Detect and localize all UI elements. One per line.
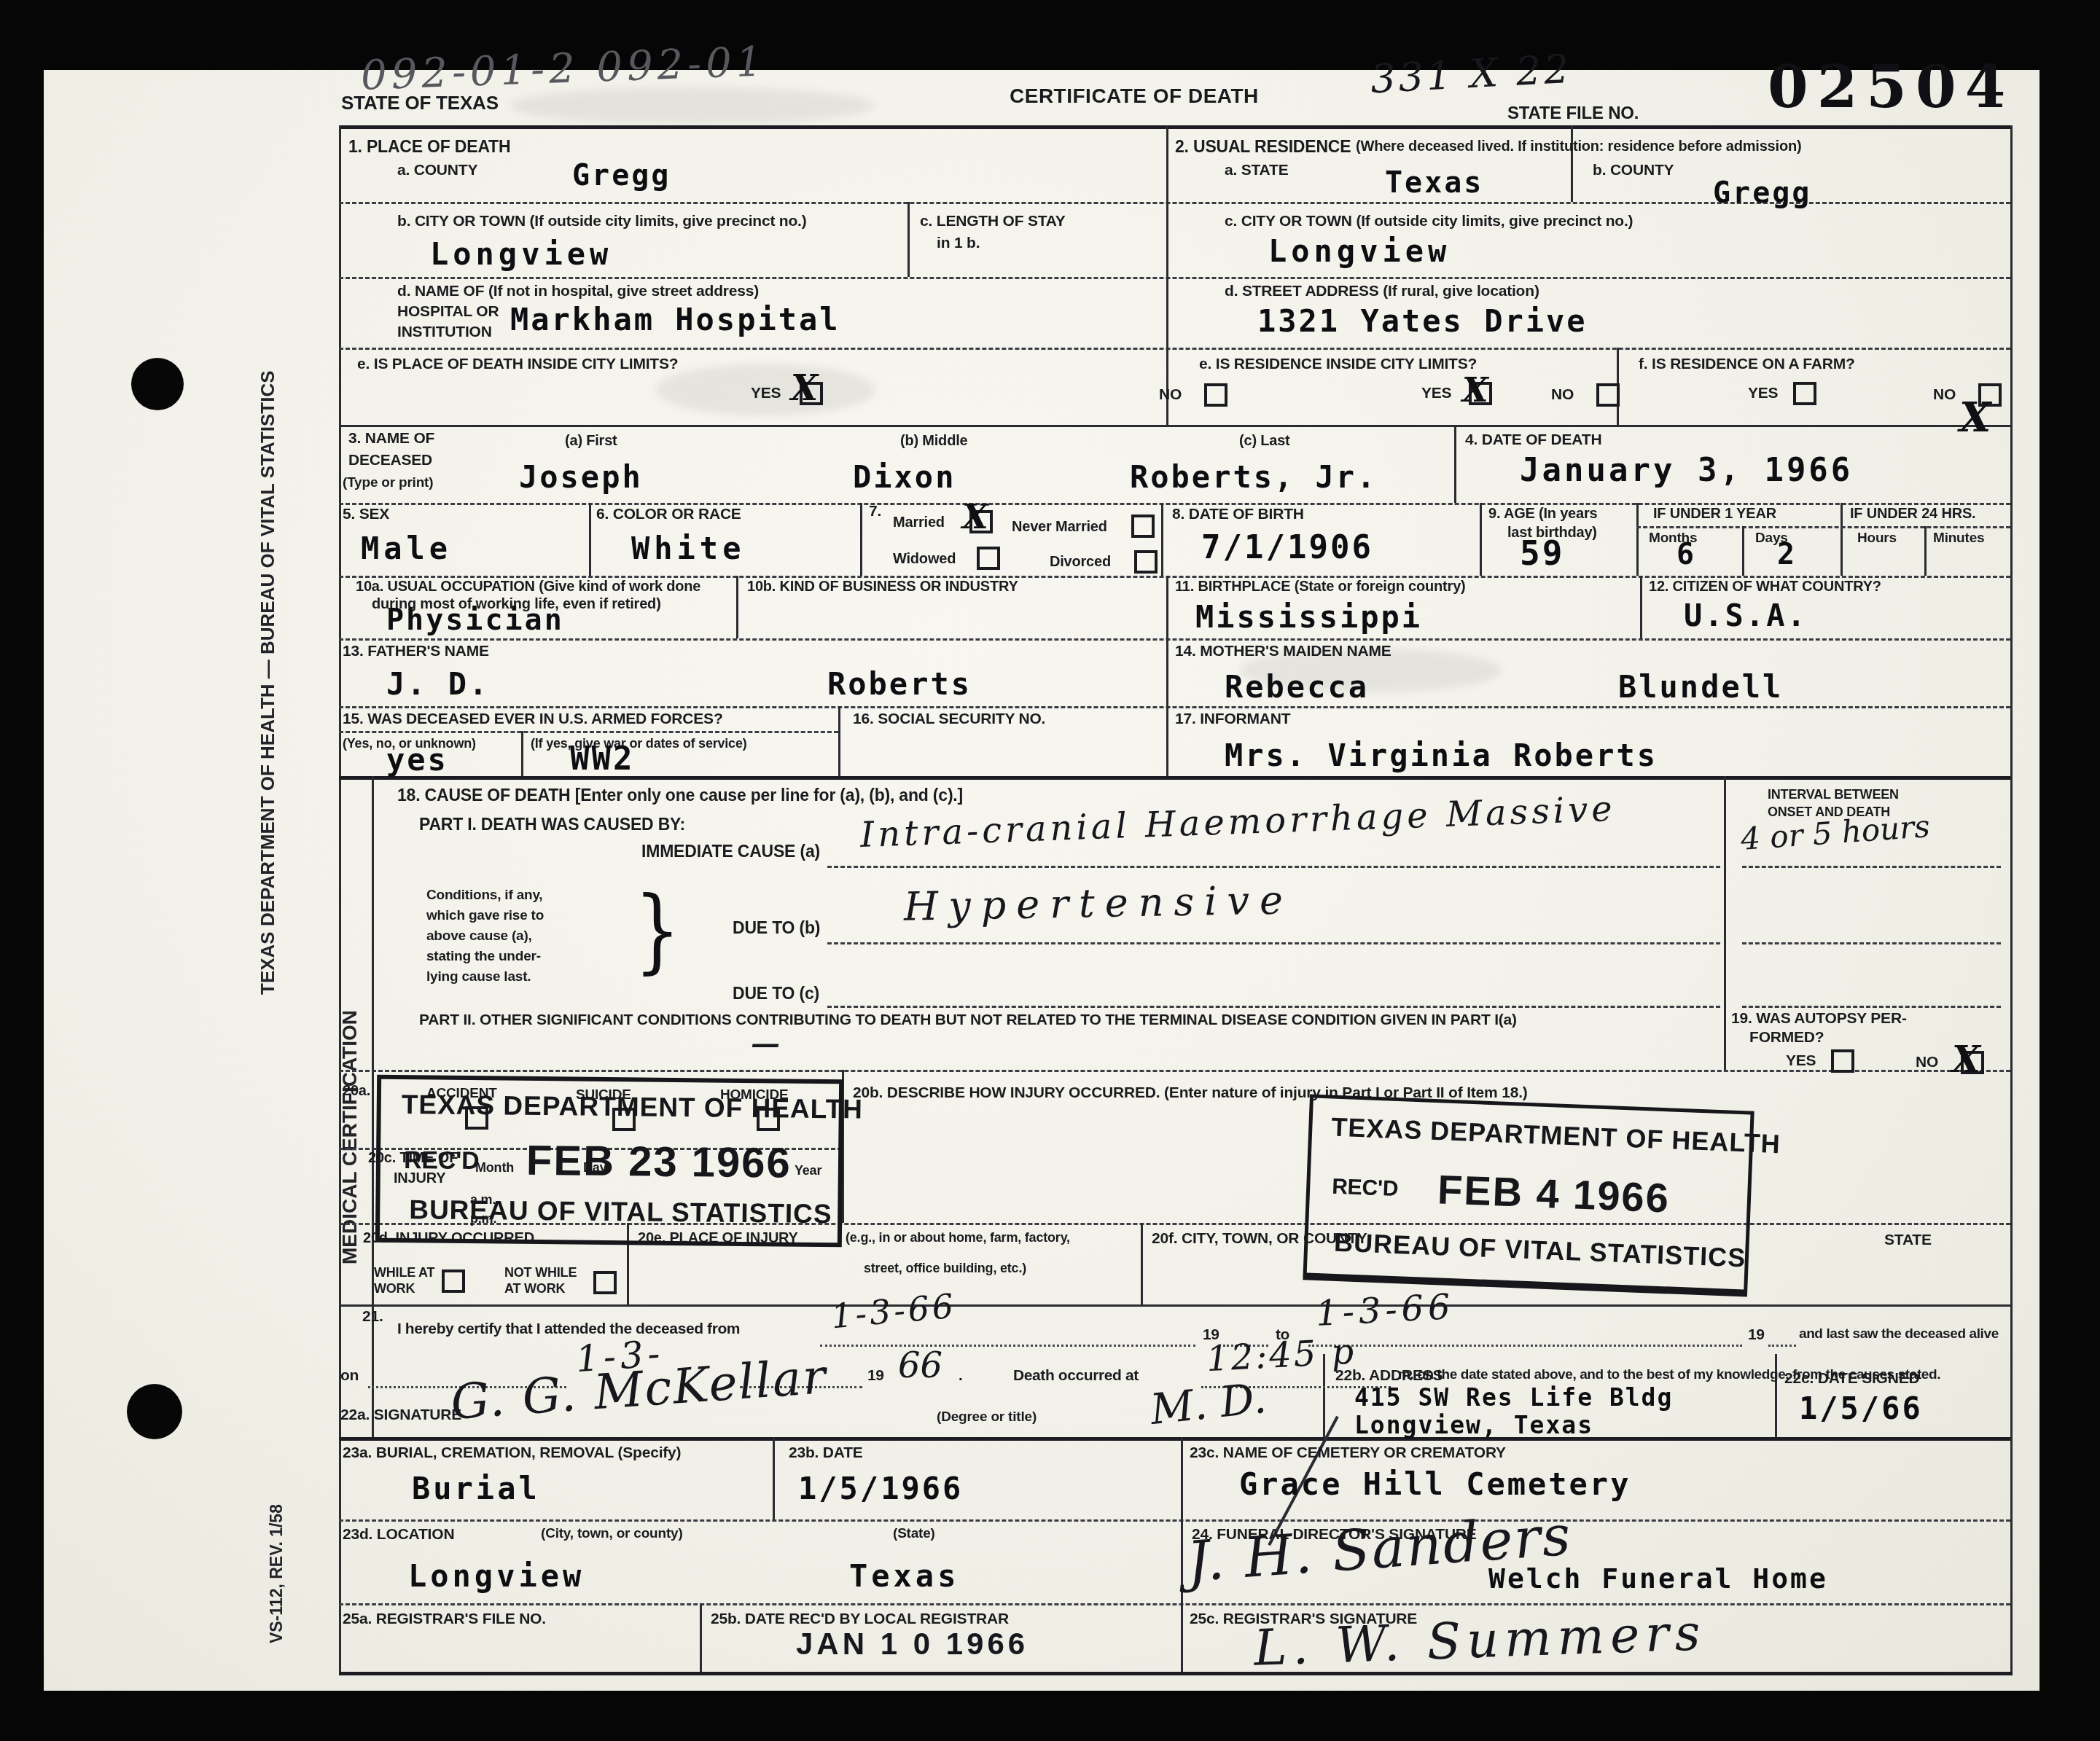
field-2e-label: e. IS RESIDENCE INSIDE CITY LIMITS?	[1199, 356, 1477, 373]
rule-cause-a	[827, 866, 1720, 868]
field-15-value1: yes	[386, 742, 448, 778]
field-19-label2: FORMED?	[1749, 1029, 1824, 1046]
stamp1-line1: TEXAS DEPARTMENT OF HEALTH	[402, 1089, 863, 1125]
divider	[1181, 1437, 1183, 1672]
divider	[1480, 503, 1482, 576]
registrar-date-stamp: JAN 1 0 1966	[796, 1627, 1028, 1662]
divider	[860, 503, 862, 576]
field-25b-label: 25b. DATE REC'D BY LOCAL REGISTRAR	[711, 1611, 1009, 1628]
field-1d-label: d. NAME OF (If not in hospital, give str…	[397, 283, 759, 300]
checkbox-2e-no	[1596, 383, 1620, 407]
divider	[1742, 526, 1744, 576]
field-3-first-value: Joseph	[519, 459, 643, 495]
field-2c-label: c. CITY OR TOWN (If outside city limits,…	[1225, 213, 1633, 230]
field-10b-label: 10b. KIND OF BUSINESS OR INDUSTRY	[747, 579, 1018, 595]
field-20d-nwaw2: AT WORK	[504, 1281, 565, 1296]
certify-period: .	[959, 1367, 962, 1385]
rule	[339, 425, 2010, 427]
medical-block-border	[372, 776, 374, 1437]
field-1-title: 1. PLACE OF DEATH	[348, 137, 510, 157]
divider	[1166, 576, 1168, 776]
scanned-death-certificate: TEXAS DEPARTMENT OF HEALTH — BUREAU OF V…	[0, 0, 2100, 1741]
field-6-value: White	[631, 531, 745, 566]
field-18-part1: PART I. DEATH WAS CAUSED BY:	[419, 815, 685, 834]
rule	[339, 348, 2010, 350]
field-3-middle-label: (b) Middle	[900, 433, 967, 450]
field-15-value2: WW2	[570, 740, 634, 778]
checkbox-7-widowed	[977, 547, 1000, 570]
divider	[1636, 503, 1639, 576]
field-1b-value: Longview	[430, 236, 612, 272]
field-1c-label2: in 1 b.	[937, 235, 980, 252]
rule	[339, 1070, 2010, 1072]
field-19-yes-label: YES	[1786, 1052, 1816, 1070]
field-9-days-value: 2	[1777, 538, 1797, 571]
divider	[1924, 526, 1927, 576]
field-18-title: 18. CAUSE OF DEATH [Enter only one cause…	[397, 786, 963, 805]
field-13-value1: J. D.	[386, 666, 489, 702]
rule-cause-b	[827, 942, 1720, 944]
divider	[736, 576, 738, 638]
field-17-value: Mrs. Virginia Roberts	[1225, 738, 1658, 773]
field-18-part2: PART II. OTHER SIGNIFICANT CONDITIONS CO…	[419, 1012, 1517, 1029]
field-2d-label: d. STREET ADDRESS (If rural, give locati…	[1225, 283, 1539, 300]
rule	[339, 1603, 2010, 1605]
field-11-value: Mississippi	[1195, 599, 1422, 635]
rule	[1742, 866, 2001, 868]
divider	[838, 706, 840, 776]
rule	[339, 731, 838, 733]
field-3-last-value: Roberts, Jr.	[1130, 459, 1377, 495]
certify-to-handwritten: 1-3-66	[1315, 1286, 1456, 1334]
certify-yr2b-label: 19	[867, 1367, 884, 1385]
rule	[1768, 1345, 1796, 1347]
field-23d-paren1: (City, town, or county)	[541, 1526, 683, 1542]
checkbox-7-divorced	[1134, 550, 1158, 574]
field-2-title-paren: (Where deceased lived. If institution: r…	[1356, 138, 1801, 155]
received-stamp-feb23: TEXAS DEPARTMENT OF HEALTH REC'D FEB 23 …	[375, 1075, 843, 1248]
field-6-label: 6. COLOR OR RACE	[596, 506, 741, 523]
checkbox-20d-while-at-work	[442, 1269, 465, 1293]
stamp2-line3: BUREAU OF VITAL STATISTICS	[1334, 1227, 1747, 1274]
field-1d-label3: INSTITUTION	[397, 324, 492, 341]
rule	[339, 1304, 2010, 1307]
certify-death-at-label: Death occurred at	[1013, 1367, 1139, 1385]
rule	[1742, 1006, 2001, 1008]
field-2e-no-label: NO	[1551, 386, 1574, 404]
divider	[1841, 503, 1843, 576]
field-7-married-label: Married	[893, 515, 945, 531]
field-20e-paren2: street, office building, etc.)	[864, 1261, 1026, 1276]
checkmark-2f-no: X	[1959, 394, 1991, 442]
divider	[773, 1437, 775, 1519]
stamp2-line1: TEXAS DEPARTMENT OF HEALTH	[1331, 1112, 1781, 1160]
certify-line1a: I hereby certify that I attended the dec…	[397, 1321, 740, 1338]
certify-on-label: on	[340, 1367, 359, 1385]
certify-line1b: and last saw the deceased alive	[1799, 1326, 1999, 1342]
checkbox-20d-not-while-at-work	[593, 1271, 617, 1294]
stamp2-date: FEB 4 1966	[1437, 1165, 1671, 1221]
field-2a-label: a. STATE	[1225, 162, 1288, 179]
field-10a-value: Physician	[386, 603, 564, 637]
field-4-label: 4. DATE OF DEATH	[1465, 431, 1601, 449]
divider	[700, 1603, 702, 1672]
field-2f-yes-label: YES	[1748, 385, 1778, 402]
field-20d-nwaw1: NOT WHILE	[504, 1265, 577, 1280]
field-20d-waw1: WHILE AT	[374, 1265, 434, 1280]
field-22a-degree-label: (Degree or title)	[937, 1409, 1037, 1425]
field-19-label1: 19. WAS AUTOPSY PER-	[1731, 1010, 1907, 1028]
field-2b-value: Gregg	[1713, 176, 1811, 210]
field-7-never-label: Never Married	[1012, 519, 1107, 536]
field-18-conditions-4: stating the under-	[426, 949, 541, 965]
field-9-label1: 9. AGE (In years	[1488, 506, 1597, 523]
field-15-sub2: (If yes, give war or dates of service)	[531, 736, 747, 751]
field-8-value: 7/1/1906	[1201, 529, 1373, 566]
field-23b-label: 23b. DATE	[789, 1444, 863, 1462]
field-4-value: January 3, 1966	[1520, 452, 1853, 489]
field-22c-label: 22c. DATE SIGNED	[1784, 1370, 1919, 1388]
rule	[339, 638, 2010, 641]
stamp2-recd: REC'D	[1332, 1175, 1399, 1202]
state-file-no-label: STATE FILE NO.	[1507, 103, 1639, 124]
field-3-title2: DECEASED	[348, 452, 432, 469]
divider	[521, 731, 523, 776]
field-17-label: 17. INFORMANT	[1175, 711, 1290, 728]
checkbox-19-yes	[1831, 1049, 1854, 1073]
field-20d-waw2: WORK	[374, 1281, 415, 1296]
field-7-divorced-label: Divorced	[1050, 554, 1111, 571]
field-16-label: 16. SOCIAL SECURITY NO.	[853, 711, 1045, 728]
field-9-value: 59	[1520, 533, 1564, 573]
divider	[907, 202, 910, 277]
field-18-conditions-1: Conditions, if any,	[426, 888, 542, 904]
field-22b-label: 22b. ADDRESS	[1335, 1367, 1443, 1385]
field-20a-num: 20a.	[343, 1083, 370, 1100]
field-23a-value: Burial	[412, 1471, 540, 1506]
field-22b-addr2: Longview, Texas	[1354, 1411, 1593, 1439]
margin-department-text: TEXAS DEPARTMENT OF HEALTH — BUREAU OF V…	[257, 339, 279, 995]
divider	[1454, 425, 1456, 503]
scan-smudge	[510, 87, 875, 124]
field-2f-label: f. IS RESIDENCE ON A FARM?	[1639, 356, 1855, 373]
field-18b-label: DUE TO (b)	[733, 918, 820, 938]
form-border-left	[339, 125, 341, 1675]
field-23a-label: 23a. BURIAL, CREMATION, REMOVAL (Specify…	[343, 1444, 681, 1462]
field-22c-value: 1/5/66	[1799, 1390, 1923, 1426]
stamp1-date: FEB 23 1966	[526, 1136, 792, 1188]
checkmark-7-married: X	[962, 497, 988, 536]
rule	[339, 576, 2010, 578]
field-3-title1: 3. NAME OF	[348, 430, 434, 447]
field-20e-paren1: (e.g., in or about home, farm, factory,	[846, 1230, 1070, 1245]
field-1e-yes-label: YES	[751, 385, 781, 402]
field-3-title3: (Type or print)	[343, 475, 433, 491]
field-9-hours-label: Hours	[1857, 531, 1897, 547]
field-2f-no-label: NO	[1933, 386, 1956, 404]
field-20f-state-label: STATE	[1884, 1232, 1932, 1249]
hole-punch-bottom	[127, 1384, 182, 1439]
field-13-value2: Roberts	[827, 666, 972, 702]
funeral-home-name: Welch Funeral Home	[1488, 1562, 1828, 1595]
field-14-label: 14. MOTHER'S MAIDEN NAME	[1175, 643, 1391, 660]
field-23d-value1: Longview	[408, 1558, 585, 1594]
certificate-title: CERTIFICATE OF DEATH	[1010, 85, 1259, 108]
divider	[1161, 503, 1163, 576]
field-13-label: 13. FATHER'S NAME	[343, 643, 489, 660]
field-18b-value-handwritten: Hypertensive	[903, 877, 1293, 929]
field-18a-label: IMMEDIATE CAUSE (a)	[641, 842, 820, 861]
state-of-texas-label: STATE OF TEXAS	[341, 92, 499, 114]
field-5-label: 5. SEX	[343, 506, 389, 523]
divider	[1571, 125, 1573, 202]
divider	[1640, 576, 1642, 638]
interval-label1: INTERVAL BETWEEN	[1768, 787, 1899, 802]
checkmark-19-no: X	[1952, 1038, 1980, 1081]
field-1a-label: a. COUNTY	[397, 162, 477, 179]
field-1c-label: c. LENGTH OF STAY	[920, 213, 1066, 230]
field-1d-value: Markham Hospital	[510, 302, 840, 337]
rule	[339, 1519, 2010, 1522]
form-border-bottom	[339, 1672, 2013, 1675]
hole-punch-top	[131, 358, 184, 410]
field-11-label: 11. BIRTHPLACE (State or foreign country…	[1175, 579, 1466, 595]
field-23c-value: Grace Hill Cemetery	[1239, 1466, 1631, 1502]
checkmark-2e-yes: X	[1462, 370, 1488, 410]
field-18-conditions-2: which gave rise to	[426, 908, 544, 924]
field-22a-label: 22a. SIGNATURE	[340, 1407, 461, 1424]
field-21-num: 21.	[362, 1308, 383, 1326]
field-23c-label: 23c. NAME OF CEMETERY OR CREMATORY	[1190, 1444, 1506, 1462]
checkmark-1e-yes: X	[791, 368, 818, 409]
certificate-number: 02504	[1768, 52, 2014, 121]
field-23d-value2: Texas	[849, 1558, 959, 1594]
rule	[820, 1345, 1195, 1347]
field-1e-label: e. IS PLACE OF DEATH INSIDE CITY LIMITS?	[357, 356, 678, 373]
rule	[1742, 942, 2001, 944]
field-8-label: 8. DATE OF BIRTH	[1172, 506, 1304, 523]
rule	[339, 706, 2010, 708]
field-7-label: 7.	[869, 503, 881, 520]
field-3-first-label: (a) First	[565, 433, 617, 450]
field-2d-value: 1321 Yates Drive	[1257, 303, 1588, 339]
field-23d-paren2: (State)	[893, 1526, 935, 1542]
field-3-last-label: (c) Last	[1239, 433, 1290, 450]
field-14-value2: Blundell	[1618, 669, 1783, 705]
rule	[1308, 1345, 1742, 1347]
certify-yr2-handwritten: 66	[898, 1345, 942, 1386]
field-2e-yes-label: YES	[1421, 385, 1451, 402]
field-23d-label: 23d. LOCATION	[343, 1526, 454, 1544]
field-1e-no-label: NO	[1159, 386, 1182, 404]
checkbox-1e-no	[1204, 383, 1227, 407]
rule	[1636, 526, 2010, 528]
conditions-brace: }	[634, 878, 681, 984]
received-stamp-feb4: TEXAS DEPARTMENT OF HEALTH REC'D FEB 4 1…	[1303, 1094, 1754, 1296]
field-9-minutes-label: Minutes	[1933, 531, 1984, 547]
field-1b-label: b. CITY OR TOWN (If outside city limits,…	[397, 213, 807, 230]
margin-form-code: VS-112, REV. 1/58	[267, 1468, 286, 1643]
form-border-top	[339, 125, 2013, 129]
field-9-months-value: 6	[1677, 538, 1696, 571]
checkbox-2f-yes	[1793, 382, 1816, 405]
certify-yr2-label: 19	[1748, 1326, 1765, 1344]
field-2c-value: Longview	[1268, 233, 1451, 269]
field-5-value: Male	[361, 531, 452, 566]
field-15-label: 15. WAS DECEASED EVER IN U.S. ARMED FORC…	[343, 711, 723, 728]
rule	[339, 277, 2010, 279]
part2-dash-mark: —	[751, 1026, 780, 1060]
stamp1-line3: BUREAU OF VITAL STATISTICS	[409, 1194, 832, 1229]
field-12-label: 12. CITIZEN OF WHAT COUNTRY?	[1649, 579, 1881, 595]
stamp1-recd: REC'D	[404, 1146, 480, 1175]
field-14-value1: Rebecca	[1225, 669, 1369, 705]
field-2a-value: Texas	[1385, 166, 1483, 200]
form-border-right	[2010, 125, 2013, 1675]
field-23b-value: 1/5/1966	[798, 1471, 963, 1506]
field-1a-value: Gregg	[572, 159, 671, 192]
field-9-under24-label: IF UNDER 24 HRS.	[1850, 506, 1975, 523]
rule-cause-c	[827, 1006, 1720, 1008]
field-25a-label: 25a. REGISTRAR'S FILE NO.	[343, 1611, 546, 1628]
field-10a-label: 10a. USUAL OCCUPATION (Give kind of work…	[356, 579, 700, 595]
field-2-title: 2. USUAL RESIDENCE	[1175, 137, 1351, 157]
field-3-middle-value: Dixon	[853, 459, 956, 495]
certify-time-handwritten: 12:45 p	[1206, 1331, 1357, 1380]
field-12-value: U.S.A.	[1684, 598, 1808, 633]
field-22b-addr1: 415 SW Res Life Bldg	[1354, 1383, 1673, 1412]
field-9-under1yr-label: IF UNDER 1 YEAR	[1653, 506, 1776, 523]
divider	[1166, 125, 1168, 425]
field-1d-label2: HOSPITAL OR	[397, 303, 499, 321]
field-18c-label: DUE TO (c)	[733, 984, 819, 1003]
field-18-conditions-5: lying cause last.	[426, 969, 531, 985]
field-18-conditions-3: above cause (a),	[426, 928, 532, 944]
divider	[1141, 1223, 1143, 1304]
field-19-no-label: NO	[1916, 1054, 1938, 1071]
rule-thick	[339, 1437, 2010, 1441]
field-7-widowed-label: Widowed	[893, 551, 956, 568]
checkbox-7-never	[1131, 515, 1155, 538]
field-2b-label: b. COUNTY	[1593, 162, 1674, 179]
divider	[1724, 776, 1726, 1070]
divider	[589, 503, 591, 576]
